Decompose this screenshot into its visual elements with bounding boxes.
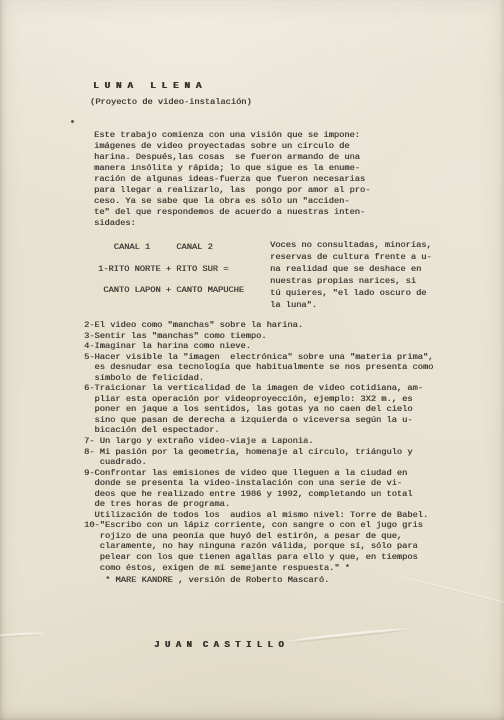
document-subtitle: (Proyecto de video-instalación) xyxy=(90,97,252,108)
scanned-typewritten-page: L U N A L L E N A (Proyecto de video-ins… xyxy=(0,0,504,720)
channel-scheme-left: CANAL 1 CANAL 2 1-RITO NORTE + RITO SUR … xyxy=(98,237,244,302)
intro-paragraph: Este trabajo comienza con una visión que… xyxy=(94,130,370,229)
paper-crease-left xyxy=(0,632,44,639)
paper-crease-middle xyxy=(286,627,408,645)
stray-ink-dot xyxy=(71,120,74,123)
document-title: L U N A L L E N A xyxy=(93,80,201,91)
channel-note-right: Voces no consultadas, minorías, reservas… xyxy=(270,239,432,312)
paper-crease-bottom-right xyxy=(394,574,504,613)
footnote-citation: * MARE KANDRE , versión de Roberto Masca… xyxy=(105,575,329,586)
numbered-ideas-list: 2-El video como "manchas" sobre la harin… xyxy=(84,320,433,573)
author-signature: J U A N C A S T I L L O xyxy=(154,640,284,651)
